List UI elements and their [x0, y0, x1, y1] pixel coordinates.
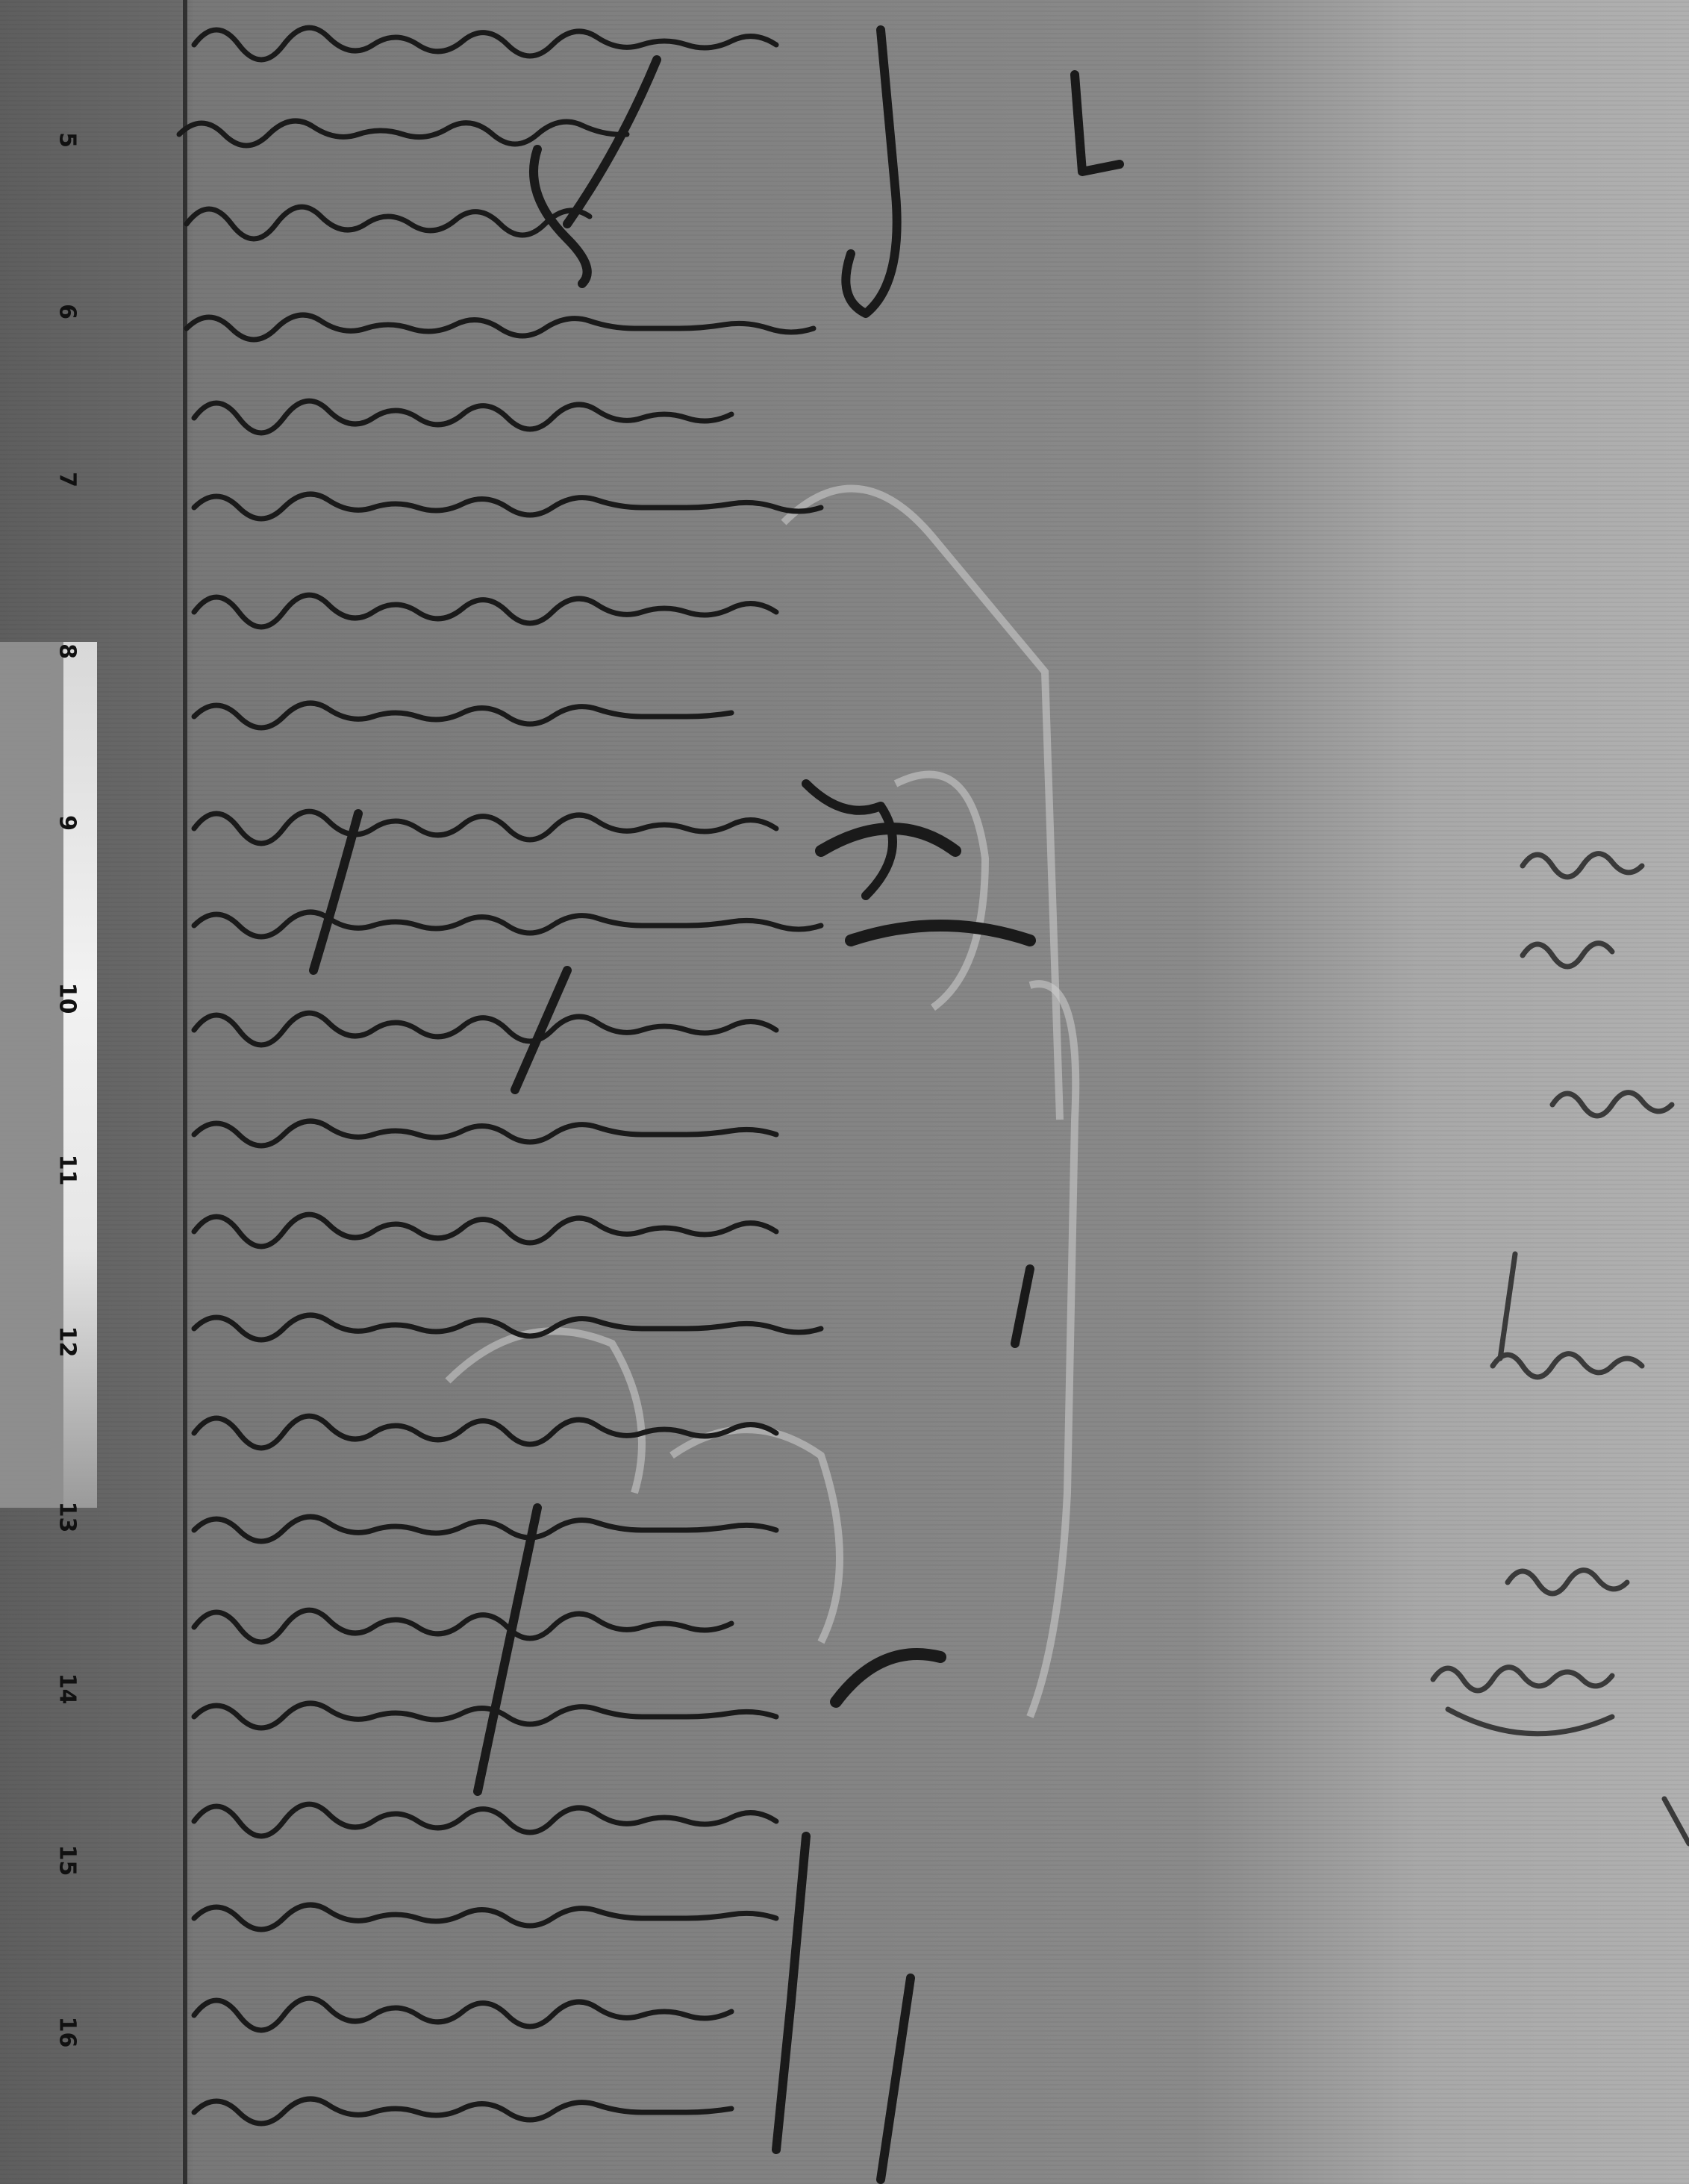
handwritten-text-right-column	[0, 0, 1689, 2184]
manuscript-page: 5 6 7 8 9 10 11 12 13 14 15 16	[0, 0, 1689, 2184]
